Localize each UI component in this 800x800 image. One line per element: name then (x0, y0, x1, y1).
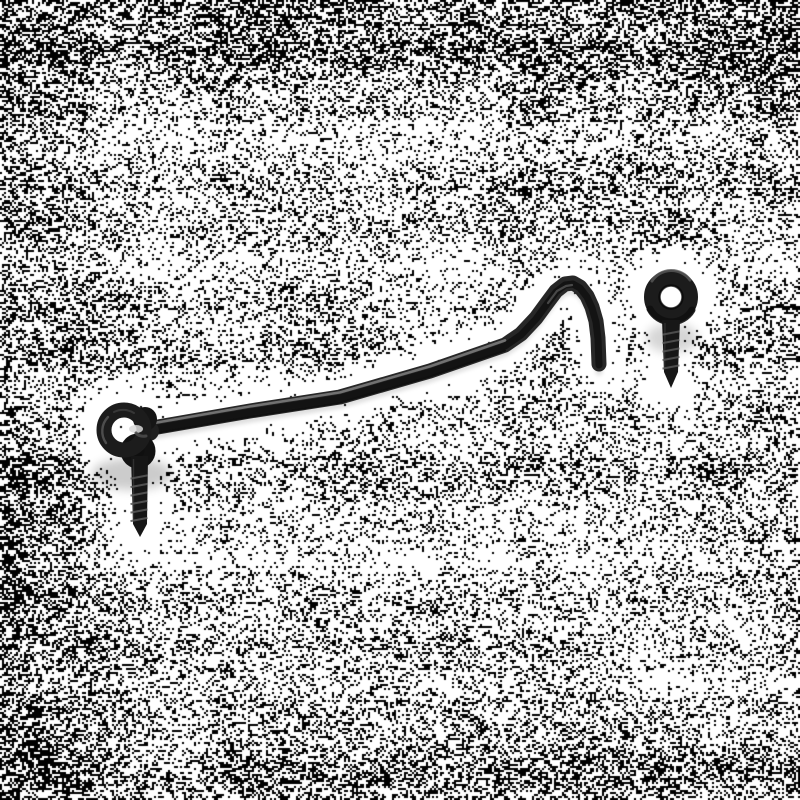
dithered-product-photo (0, 0, 800, 800)
screw-eye-shank-highlight (665, 323, 666, 369)
screw-eye-hole-rim (660, 286, 683, 309)
gate-hook-latch-image (0, 0, 800, 800)
screw-eye-ring (652, 278, 690, 316)
hook-rod (152, 283, 599, 428)
hook-rod-core (152, 284, 599, 429)
hook-rod-top-highlight (152, 340, 505, 423)
